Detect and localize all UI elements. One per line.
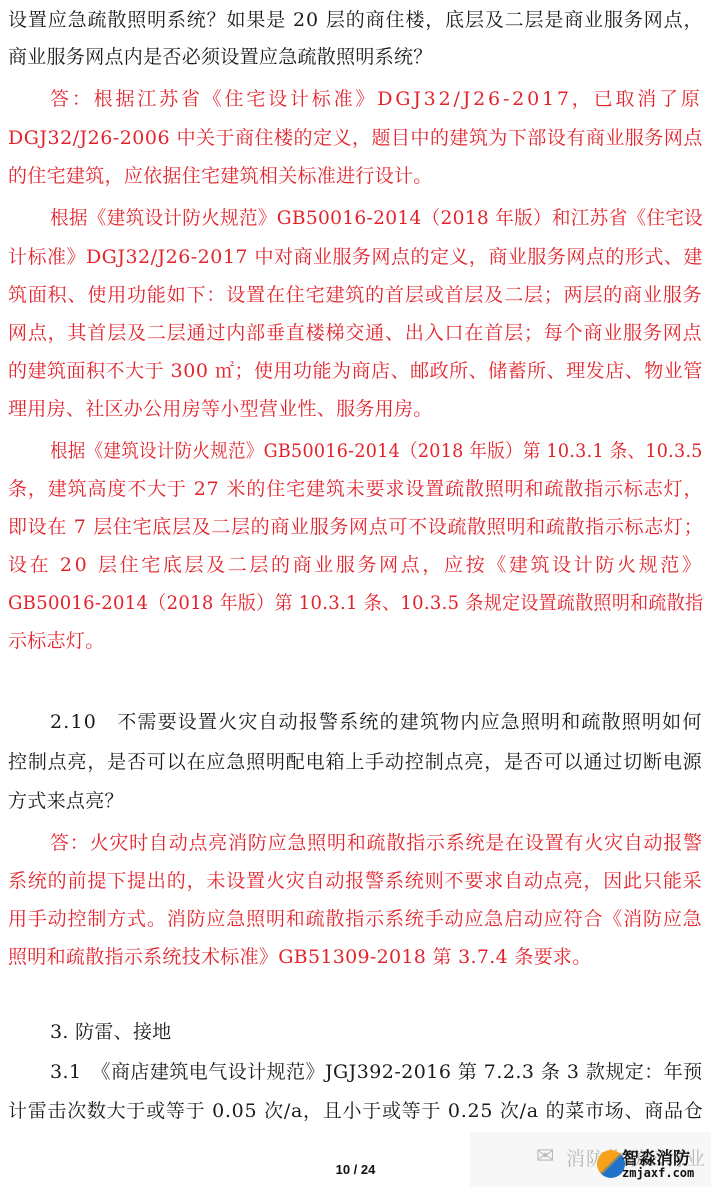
- question-text-line: 设置应急疏散照明系统？如果是 20 层的商住楼，底层及二层是商业服务网点，: [8, 8, 703, 32]
- answer-text-line: 理用房、社区办公用房等小型营业性、服务用房。: [8, 397, 433, 421]
- question-text-line: 3. 防雷、接地: [50, 1020, 172, 1044]
- question-text-line: 2.10 不需要设置火灾自动报警系统的建筑物内应急照明和疏散照明如何: [50, 710, 703, 734]
- answer-text-line: 根据《建筑设计防火规范》GB50016-2014（2018 年版）第 10.3.…: [50, 439, 703, 463]
- answer-text-line: 条，建筑高度不大于 27 米的住宅建筑未要求设置疏散照明和疏散指示标志灯，: [8, 477, 703, 501]
- answer-text-line: 示标志灯。: [8, 629, 105, 653]
- question-text-line: 3.1 《商店建筑电气设计规范》JGJ392-2016 第 7.2.3 条 3 …: [50, 1060, 703, 1084]
- watermark-brand-url: zmjaxf.com: [622, 1166, 694, 1180]
- question-text-line: 控制点亮，是否可以在应急照明配电箱上手动控制点亮，是否可以通过切断电源: [8, 750, 703, 774]
- answer-text-line: 用手动控制方式。消防应急照明和疏散指示系统手动应急启动应符合《消防应急: [8, 907, 703, 931]
- answer-text-line: 答：火灾时自动点亮消防应急照明和疏散指示系统是在设置有火灾自动报警: [50, 831, 703, 855]
- wechat-icon: ✉: [536, 1144, 554, 1169]
- document-page: 设置应急疏散照明系统？如果是 20 层的商住楼，底层及二层是商业服务网点，商业服…: [0, 0, 711, 1187]
- answer-text-line: 计标准》DGJ32/J26-2017 中对商业服务网点的定义，商业服务网点的形式…: [8, 245, 703, 269]
- answer-text-line: 筑面积、使用功能如下：设置在住宅建筑的首层或首层及二层；两层的商业服务: [8, 283, 703, 307]
- answer-text-line: 照明和疏散指示系统技术标准》GB51309-2018 第 3.7.4 条要求。: [8, 945, 592, 969]
- answer-text-line: 网点，其首层及二层通过内部垂直楼梯交通、出入口在首层；每个商业服务网点: [8, 321, 703, 345]
- answer-text-line: 的建筑面积不大于 300 ㎡；使用功能为商店、邮政所、储蓄所、理发店、物业管: [8, 359, 703, 383]
- answer-text-line: 的住宅建筑，应依据住宅建筑相关标准进行设计。: [8, 164, 433, 188]
- answer-text-line: 即设在 7 层住宅底层及二层的商业服务网点可不设疏散照明和疏散指示标志灯；: [8, 515, 703, 539]
- answer-text-line: DGJ32/J26-2006 中关于商住楼的定义，题目中的建筑为下部设有商业服务…: [8, 126, 703, 150]
- answer-text-line: 根据《建筑设计防火规范》GB50016-2014（2018 年版）和江苏省《住宅…: [50, 206, 703, 230]
- answer-text-line: 系统的前提下提出的，未设置火灾自动报警系统则不要求自动点亮，因此只能采: [8, 869, 703, 893]
- question-text-line: 方式来点亮？: [8, 789, 124, 813]
- question-text-line: 计雷击次数大于或等于 0.05 次/a，且小于或等于 0.25 次/a 的菜市场…: [8, 1099, 703, 1123]
- question-text-line: 商业服务网点内是否必须设置应急疏散照明系统？: [8, 45, 433, 69]
- watermark: ✉ 消防物联云行业 智淼消防 zmjaxf.com: [470, 1132, 711, 1187]
- brand-logo-icon: [597, 1150, 625, 1178]
- answer-text-line: 设在 20 层住宅底层及二层的商业服务网点，应按《建筑设计防火规范》: [8, 553, 703, 577]
- answer-text-line: GB50016-2014（2018 年版）第 10.3.1 条、10.3.5 条…: [8, 591, 703, 615]
- answer-text-line: 答：根据江苏省《住宅设计标准》DGJ32/J26-2017，已取消了原: [50, 87, 703, 111]
